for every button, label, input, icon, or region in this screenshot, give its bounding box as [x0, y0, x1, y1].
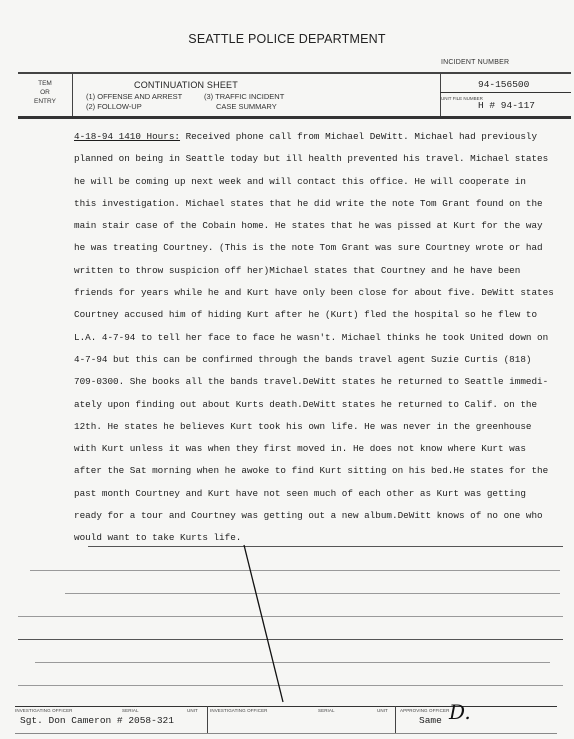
investigating-officer-2-label: INVESTIGATING OFFICER — [210, 708, 268, 713]
footer-top-rule — [15, 706, 557, 707]
unit-2-label: UNIT — [377, 708, 388, 713]
approving-officer-label: APPROVING OFFICER — [400, 708, 449, 713]
footer-bottom-rule — [15, 733, 557, 734]
serial-2-label: SERIAL — [318, 708, 335, 713]
footer-divider-1 — [207, 706, 208, 733]
unit-label: UNIT — [187, 708, 198, 713]
footer-divider-2 — [395, 706, 396, 733]
approving-officer-value: Same — [419, 715, 442, 726]
investigating-officer-value: Sgt. Don Cameron # 2058-321 — [20, 715, 174, 726]
investigating-officer-label: INVESTIGATING OFFICER — [15, 708, 73, 713]
serial-label: SERIAL — [122, 708, 139, 713]
signature-initial: D. — [449, 700, 471, 724]
strikethrough-slash-mark — [0, 0, 574, 739]
